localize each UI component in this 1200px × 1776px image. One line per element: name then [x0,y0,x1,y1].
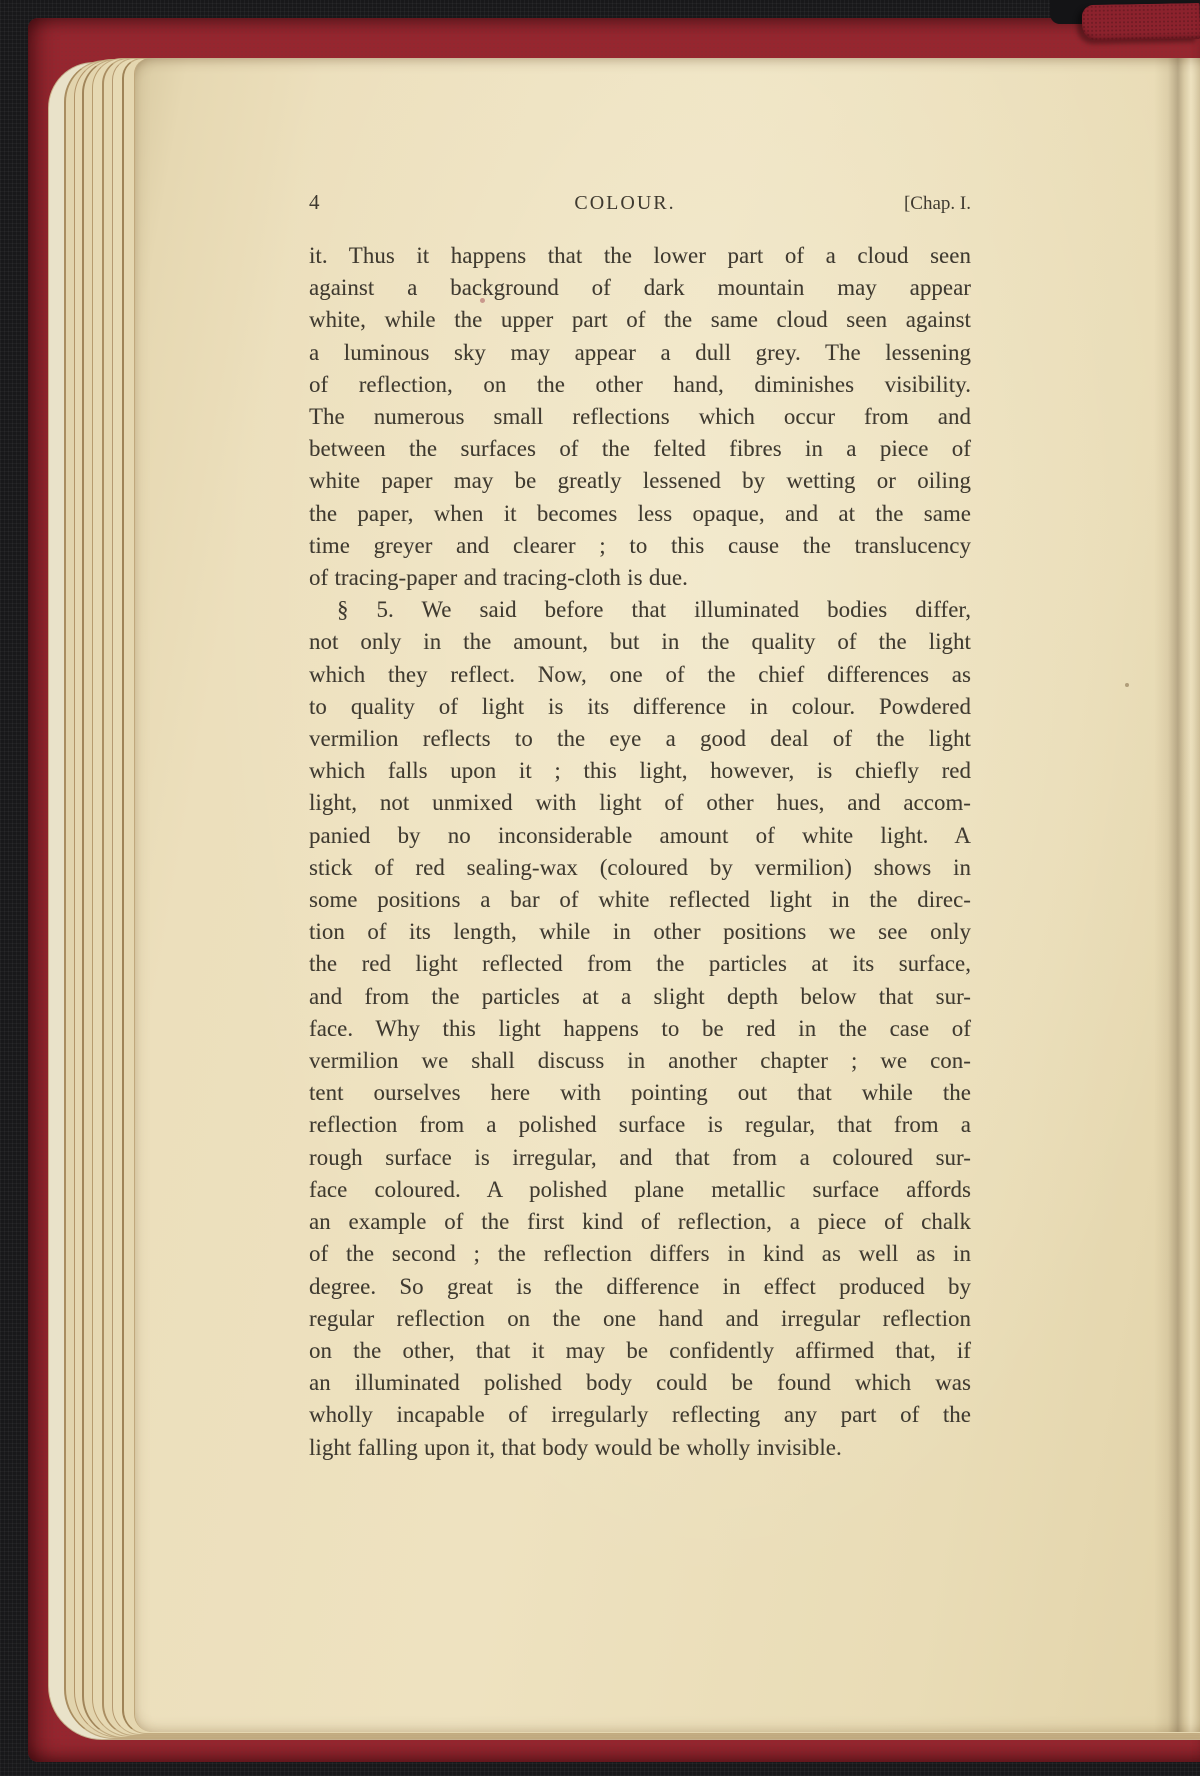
text-line: light falling upon it, that body would b… [309,1432,971,1464]
text-line: tent ourselves here with pointing out th… [309,1077,971,1109]
page-number: 4 [309,190,399,215]
text-line: the red light reflected from the particl… [309,948,971,980]
text-line: vermilion we shall discuss in another ch… [309,1045,971,1077]
text-line: it. Thus it happens that the lower part … [309,240,971,272]
text-line: regular reflection on the one hand and i… [309,1303,971,1335]
text-line: degree. So great is the difference in ef… [309,1271,971,1303]
text-line: white paper may be greatly lessened by w… [309,465,971,497]
text-line: panied by no inconsiderable amount of wh… [309,820,971,852]
text-line: wholly incapable of irregularly reflecti… [309,1399,971,1431]
text-line: § 5. We said before that illuminated bod… [309,594,971,626]
text-line: white, while the upper part of the same … [309,304,971,336]
text-line: and from the particles at a slight depth… [309,981,971,1013]
paper-speck [1125,683,1129,687]
text-line: time greyer and clearer ; to this cause … [309,530,971,562]
text-line: vermilion reflects to the eye a good dea… [309,723,971,755]
text-line: a luminous sky may appear a dull grey. T… [309,337,971,369]
text-line: face coloured. A polished plane metallic… [309,1174,971,1206]
text-line: The numerous small reflections which occ… [309,401,971,433]
page-header: 4 COLOUR. [Chap. I. [309,190,971,215]
text-line: some positions a bar of white reflected … [309,884,971,916]
text-line: face. Why this light happens to be red i… [309,1013,971,1045]
chapter-label: [Chap. I. [851,193,971,215]
text-line: of tracing-paper and tracing-cloth is du… [309,562,971,594]
text-line: of reflection, on the other hand, dimini… [309,369,971,401]
text-line: which falls upon it ; this light, howeve… [309,755,971,787]
text-line: between the surfaces of the felted fibre… [309,433,971,465]
text-body: it. Thus it happens that the lower part … [309,240,971,1464]
text-line: to quality of light is its difference in… [309,691,971,723]
text-line: which they reflect. Now, one of the chie… [309,659,971,691]
book-page: 4 COLOUR. [Chap. I. it. Thus it happens … [134,58,1200,1732]
book-scan: { "document": { "page_number": "4", "run… [0,0,1200,1776]
text-line: tion of its length, while in other posit… [309,916,971,948]
text-line: on the other, that it may be confidently… [309,1335,971,1367]
text-line: rough surface is irregular, and that fro… [309,1142,971,1174]
text-line: not only in the amount, but in the quali… [309,626,971,658]
text-line: an illuminated polished body could be fo… [309,1367,971,1399]
text-line: reflection from a polished surface is re… [309,1109,971,1141]
running-title: COLOUR. [399,192,851,215]
cover-cloth-fold [1082,3,1200,41]
text-line: stick of red sealing-wax (coloured by ve… [309,852,971,884]
text-line: an example of the first kind of reflecti… [309,1206,971,1238]
text-line: light, not unmixed with light of other h… [309,787,971,819]
page-stack: 4 COLOUR. [Chap. I. it. Thus it happens … [48,58,1200,1740]
text-line: of the second ; the reflection differs i… [309,1238,971,1270]
text-line: the paper, when it becomes less opaque, … [309,498,971,530]
text-line: against a background of dark mountain ma… [309,272,971,304]
page-gutter-fold [1154,58,1200,1732]
